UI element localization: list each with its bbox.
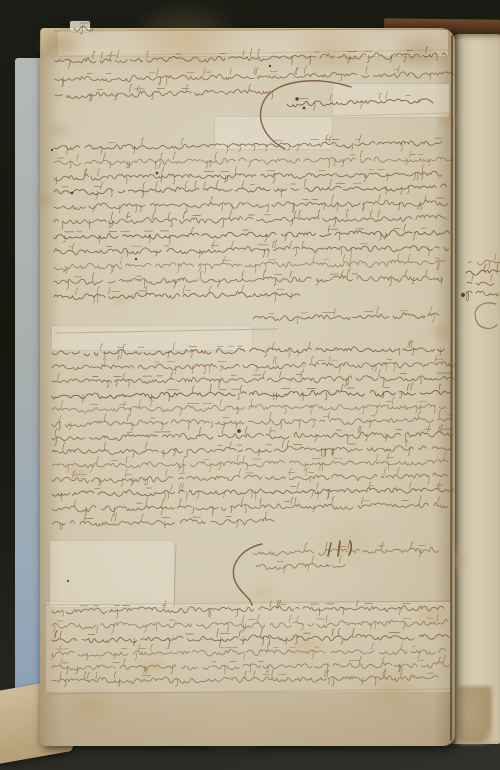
paper-stain bbox=[30, 190, 58, 210]
paper-stain bbox=[310, 512, 390, 568]
paper-stain bbox=[44, 119, 76, 141]
paper-stain bbox=[435, 546, 475, 574]
paper-stain bbox=[180, 685, 280, 755]
paper-stain bbox=[134, 653, 170, 678]
repair-patch bbox=[333, 84, 449, 117]
paper-stain bbox=[244, 579, 280, 604]
paper-stain bbox=[60, 685, 120, 727]
repair-patch bbox=[50, 541, 174, 607]
manuscript-photo bbox=[0, 0, 500, 770]
underlying-folio-edge bbox=[450, 34, 500, 744]
paper-stain bbox=[288, 23, 372, 82]
paper-stain bbox=[390, 29, 450, 71]
paper-stain bbox=[123, 0, 247, 85]
paper-stain bbox=[110, 293, 130, 307]
repair-patch bbox=[215, 117, 332, 149]
torn-corner bbox=[458, 686, 492, 744]
paper-stain bbox=[34, 27, 86, 63]
repair-patch bbox=[52, 326, 252, 350]
paper-stain bbox=[358, 668, 426, 716]
paper-stain bbox=[426, 321, 458, 343]
paper-stain bbox=[410, 601, 454, 632]
paper-stain bbox=[280, 628, 332, 664]
paper-stain bbox=[434, 110, 462, 130]
